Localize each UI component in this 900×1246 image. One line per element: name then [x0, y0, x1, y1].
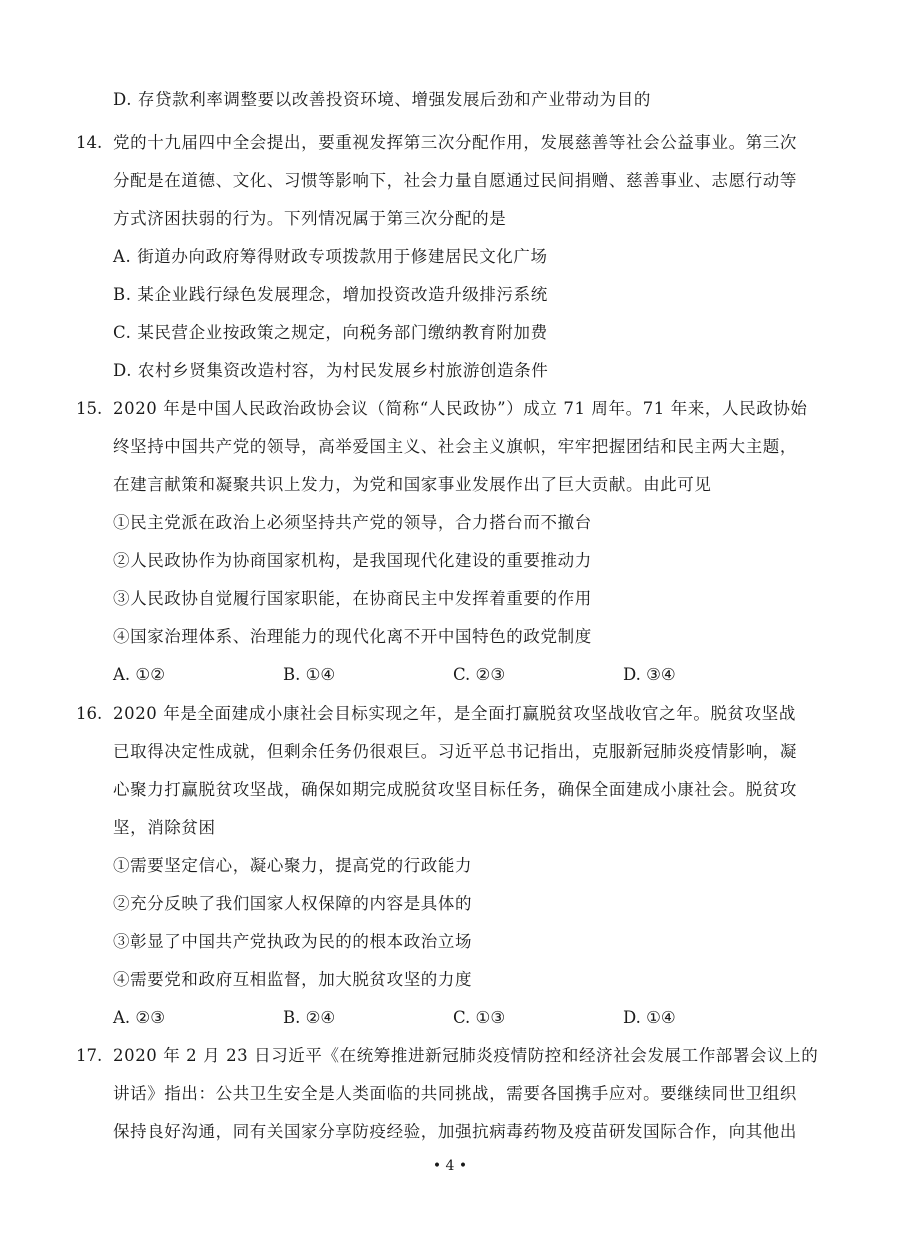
option-c: C. 某民营企业按政策之规定，向税务部门缴纳教育附加费: [113, 323, 548, 343]
question-stem-line: 方式济困扶弱的行为。下列情况属于第三次分配的是: [113, 209, 506, 229]
choice-a: A. ②③: [113, 1008, 165, 1028]
choice-c: C. ②③: [453, 665, 505, 685]
choice-b: B. ①④: [283, 665, 335, 685]
question-stem-line: 已取得决定性成就，但剩余任务仍很艰巨。习近平总书记指出，克服新冠肺炎疫情影响，凝: [113, 742, 797, 762]
question-number: 16.: [76, 704, 102, 724]
question-stem-line: 2020 年是全面建成小康社会目标实现之年，是全面打赢脱贫攻坚战收官之年。脱贫攻…: [113, 704, 796, 724]
statement-2: ②人民政协作为协商国家机构，是我国现代化建设的重要推动力: [113, 551, 592, 571]
question-number: 15.: [76, 399, 102, 419]
question-stem-line: 终坚持中国共产党的领导，高举爱国主义、社会主义旗帜，牢牢把握团结和民主两大主题，: [113, 437, 797, 457]
statement-4: ④国家治理体系、治理能力的现代化离不开中国特色的政党制度: [113, 627, 592, 647]
choice-c: C. ①③: [453, 1008, 505, 1028]
statement-3: ③彰显了中国共产党执政为民的的根本政治立场: [113, 932, 472, 952]
question-number: 17.: [76, 1046, 102, 1066]
statement-1: ①需要坚定信心，凝心聚力，提高党的行政能力: [113, 856, 472, 876]
question-stem-line: 2020 年 2 月 23 日习近平《在统筹推进新冠肺炎疫情防控和经济社会发展工…: [113, 1046, 818, 1066]
choice-d: D. ①④: [623, 1008, 676, 1028]
option-b: B. 某企业践行绿色发展理念，增加投资改造升级排污系统: [113, 285, 548, 305]
question-stem-line: 坚，消除贫困: [113, 818, 216, 838]
choice-a: A. ①②: [113, 665, 165, 685]
question-stem-line: 党的十九届四中全会提出，要重视发挥第三次分配作用，发展慈善等社会公益事业。第三次: [113, 133, 797, 153]
question-stem-line: 在建言献策和凝聚共识上发力，为党和国家事业发展作出了巨大贡献。由此可见: [113, 475, 712, 495]
q13-option-d: D. 存贷款利率调整要以改善投资环境、增强发展后劲和产业带动为目的: [113, 90, 651, 110]
question-stem-line: 2020 年是中国人民政治政协会议（简称“人民政协”）成立 71 周年。71 年…: [113, 399, 808, 419]
option-a: A. 街道办向政府筹得财政专项拨款用于修建居民文化广场: [113, 247, 548, 267]
statement-3: ③人民政协自觉履行国家职能，在协商民主中发挥着重要的作用: [113, 589, 592, 609]
question-stem-line: 讲话》指出：公共卫生安全是人类面临的共同挑战，需要各国携手应对。要继续同世卫组织: [113, 1084, 797, 1104]
question-stem-line: 心聚力打赢脱贫攻坚战，确保如期完成脱贫攻坚目标任务，确保全面建成小康社会。脱贫攻: [113, 780, 797, 800]
question-stem-line: 分配是在道德、文化、习惯等影响下，社会力量自愿通过民间捐赠、慈善事业、志愿行动等: [113, 171, 797, 191]
question-number: 14.: [76, 133, 102, 153]
question-stem-line: 保持良好沟通，同有关国家分享防疫经验，加强抗病毒药物及疫苗研发国际合作，向其他出: [113, 1122, 797, 1142]
statement-4: ④需要党和政府互相监督，加大脱贫攻坚的力度: [113, 970, 472, 990]
page-number: • 4 •: [0, 1157, 900, 1175]
exam-page: D. 存贷款利率调整要以改善投资环境、增强发展后劲和产业带动为目的 14. 党的…: [0, 0, 900, 1246]
option-d: D. 农村乡贤集资改造村容，为村民发展乡村旅游创造条件: [113, 361, 548, 381]
statement-1: ①民主党派在政治上必须坚持共产党的领导，合力搭台而不撤台: [113, 513, 592, 533]
statement-2: ②充分反映了我们国家人权保障的内容是具体的: [113, 894, 472, 914]
choice-b: B. ②④: [283, 1008, 335, 1028]
choice-d: D. ③④: [623, 665, 676, 685]
